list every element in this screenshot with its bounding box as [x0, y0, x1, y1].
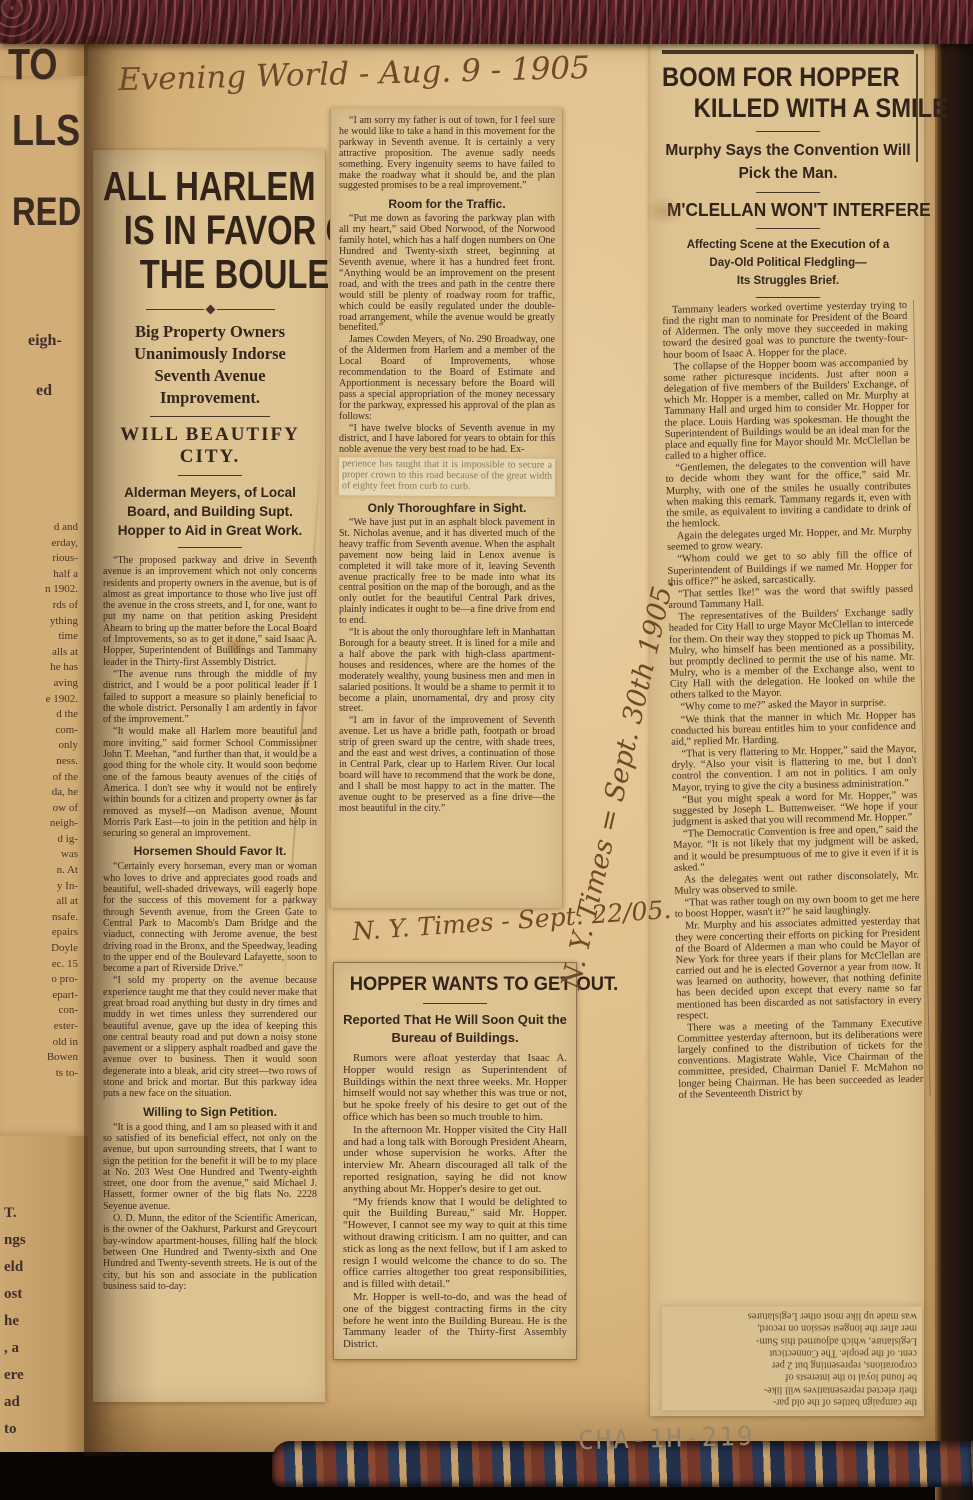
article-paragraph: “Put me down as favoring the parkway pla…: [339, 214, 555, 334]
article-deck-line: Day-Old Political Fledgling—: [662, 254, 914, 272]
divider-rule: [423, 1003, 487, 1004]
fragment-line: ester-: [0, 1019, 78, 1035]
fragment-line: nsafe.: [0, 910, 78, 926]
fragment-line: n. At: [0, 863, 78, 879]
fragment-line: d and: [0, 520, 78, 536]
article-paragraph: Rumors were afloat yesterday that Isaac …: [343, 1053, 567, 1124]
fragment-line: alls at: [0, 645, 78, 661]
article-paragraph: “Whom could we get to so ably fill the o…: [667, 549, 913, 588]
fragment-line: ything: [0, 614, 78, 630]
fragment-line: e 1902.: [0, 692, 78, 708]
fragment-line: was made up like most other Legislatures: [667, 1309, 917, 1321]
article-paragraph: “It would make all Harlem more beautiful…: [103, 726, 317, 839]
article-paragraph: The representatives of the Builders' Exc…: [668, 607, 915, 701]
fragment-line: their elected representatives will like-: [667, 1383, 917, 1395]
fragment-line: ere: [4, 1362, 64, 1389]
article-deck: Murphy Says the Convention Will Pick the…: [662, 139, 914, 185]
faded-clipping-fragment: perience has taught that it is impossibl…: [339, 458, 555, 497]
fragment-line: T.: [4, 1200, 64, 1227]
fragment-line: ost: [4, 1281, 64, 1308]
article-paragraph: “I sold my property on the avenue becaus…: [103, 975, 317, 1099]
article-paragraph: “That is very flattering to Mr. Hopper,”…: [671, 744, 917, 794]
article-headline-line: THE BOULEVARD: [103, 252, 274, 296]
fragment-line: ness.: [0, 754, 78, 770]
article-paragraph: “I have twelve blocks of Seventh avenue …: [339, 424, 555, 457]
fragment-line: to: [4, 1416, 64, 1443]
article-paragraph: The collapse of the Hopper boom was acco…: [663, 357, 910, 463]
article-paragraph: Mr. Murphy and his associates admitted y…: [675, 916, 922, 1022]
fragment-word-2: ed: [36, 382, 52, 400]
fragment-line: corporations, representing but 2 per: [667, 1358, 917, 1370]
fragment-line: o pro-: [0, 972, 78, 988]
article-body: Tammany leaders worked overtime yesterda…: [662, 300, 931, 1101]
fragment-line: Legislature, which adjourned this Sum-: [667, 1334, 917, 1346]
upside-down-clipping-fragment: the campaign battles of the old par-thei…: [662, 1306, 922, 1410]
divider-rule: [756, 297, 820, 298]
article-paragraph: “I am in favor of the improvement of Sev…: [339, 716, 555, 814]
clipping-boom-for-hopper: BOOM FOR HOPPER KILLED WITH A SMILE Murp…: [650, 42, 924, 1416]
pencil-catalog-number: CHA-1H-219: [578, 1422, 755, 1457]
fragment-headline-1: TO: [8, 40, 57, 90]
fragment-line: ad: [4, 1389, 64, 1416]
fragment-line: d ig-: [0, 832, 78, 848]
fragment-line: ts to-: [0, 1066, 78, 1082]
fragment-line: rious-: [0, 551, 78, 567]
article-paragraph: “It is about the only thoroughfare left …: [339, 628, 555, 715]
clipping-harlem-boulevard-col2: “I am sorry my father is out of town, fo…: [330, 108, 563, 908]
article-paragraph: Mr. Hopper is well-to-do, and was the he…: [343, 1292, 567, 1351]
article-subhead: M'CLELLAN WON'T INTERFERE: [667, 200, 909, 221]
fragment-line: mer after the longest session on record,: [667, 1321, 917, 1333]
article-crosshead: Willing to Sign Petition.: [103, 1105, 317, 1119]
clipping-harlem-boulevard-col1: ALL HARLEM IS IN FAVOR OF THE BOULEVARD …: [93, 150, 326, 1402]
article-paragraph: “The avenue runs through the middle of m…: [103, 669, 317, 725]
article-paragraphs: “I am sorry my father is out of town, fo…: [339, 116, 555, 192]
fragment-line: be found loyal to the interests of: [667, 1370, 917, 1382]
fragment-line: neigh-: [0, 816, 78, 832]
article-crosshead: Room for the Traffic.: [339, 197, 555, 211]
fragment-line: da, he: [0, 785, 78, 801]
article-subhead: WILL BEAUTIFY CITY.: [103, 424, 317, 468]
fragment-headline-3: RED: [12, 190, 81, 235]
article-paragraph: “It is a good thing, and I am so pleased…: [103, 1122, 317, 1212]
headline-ornament: [103, 306, 317, 313]
fragment-text-column: d anderday,rious-half an 1902.rds ofythi…: [0, 520, 78, 1081]
article-headline-line: BOOM FOR HOPPER: [662, 62, 884, 93]
fragment-line: all at: [0, 894, 78, 910]
article-paragraph: There was a meeting of the Tammany Execu…: [677, 1018, 924, 1101]
article-paragraph: “We have just put in an asphalt block pa…: [339, 518, 555, 627]
article-paragraphs: “Put me down as favoring the parkway pla…: [339, 214, 555, 456]
article-deck: Big Property Owners Unanimously Indorse …: [107, 321, 313, 409]
article-paragraph: Tammany leaders worked overtime yesterda…: [662, 300, 908, 361]
article-deck: Alderman Meyers, of Local Board, and Bui…: [103, 483, 317, 540]
divider-rule: [756, 192, 820, 193]
article-paragraph: “But you might speak a word for Mr. Hopp…: [672, 789, 918, 828]
book-cover-right-edge: [935, 0, 973, 1500]
fragment-line: time: [0, 629, 78, 645]
fragment-line: half a: [0, 567, 78, 583]
fragment-line: rds of: [0, 598, 78, 614]
article-crosshead: Horsemen Should Favor It.: [103, 844, 317, 858]
divider-rule: [150, 416, 270, 417]
fragment-word-1: eigh-: [28, 332, 62, 350]
article-paragraph: “I am sorry my father is out of town, fo…: [339, 116, 555, 192]
article-paragraphs: Rumors were afloat yesterday that Isaac …: [343, 1053, 567, 1351]
divider-rule: [178, 475, 242, 476]
fragment-text-column-lower: T.ngseldosthe, aereadto: [4, 1200, 64, 1443]
fragment-line: he has: [0, 660, 78, 676]
fragment-line: com-: [0, 723, 78, 739]
article-paragraph: “Gentlemen, the delegates to the convent…: [665, 458, 911, 530]
fragment-line: epart-: [0, 988, 78, 1004]
article-paragraph: O. D. Munn, the editor of the Scientific…: [103, 1213, 317, 1292]
article-headline-line: IS IN FAVOR OF: [103, 208, 274, 252]
fragment-line: d the: [0, 707, 78, 723]
book-top-marbled-edge: [0, 0, 973, 44]
fragment-line: the campaign battles of the old par-: [667, 1395, 917, 1407]
fragment-line: n 1902.: [0, 582, 78, 598]
fragment-line: ow of: [0, 801, 78, 817]
fragment-line: con-: [0, 1003, 78, 1019]
fragment-line: Doyle: [0, 941, 78, 957]
fragment-line: Bowen: [0, 1050, 78, 1066]
divider-rule: [756, 228, 820, 229]
fragment-line: old in: [0, 1035, 78, 1051]
article-paragraph: “The Democratic Convention is free and o…: [673, 824, 919, 874]
article-paragraph: “My friends know that I would be delight…: [343, 1197, 567, 1291]
article-deck-line: Affecting Scene at the Execution of a: [662, 236, 914, 254]
divider-rule: [178, 547, 242, 548]
article-paragraph: In the afternoon Mr. Hopper visited the …: [343, 1125, 567, 1196]
article-paragraph: “We think that the manner in which Mr. H…: [671, 709, 917, 748]
divider-rule: [756, 131, 820, 132]
article-paragraph: James Cowden Meyers, of No. 290 Broadway…: [339, 335, 555, 422]
fragment-line: eld: [4, 1254, 64, 1281]
fragment-line: of the: [0, 770, 78, 786]
article-paragraphs: “The proposed parkway and drive in Seven…: [103, 555, 317, 839]
article-headline-line: KILLED WITH A SMILE: [662, 93, 884, 124]
article-paragraphs: “It is a good thing, and I am so pleased…: [103, 1122, 317, 1292]
scrapbook-photo: { "annotations": { "top_ink": "Evening W…: [0, 0, 973, 1500]
article-paragraphs: “We have just put in an asphalt block pa…: [339, 518, 555, 814]
article-paragraph: perience has taught that it is impossibl…: [342, 460, 552, 494]
fragment-line: aving: [0, 676, 78, 692]
article-crosshead: Only Thoroughfare in Sight.: [339, 501, 555, 515]
article-deck: Reported That He Will Soon Quit the Bure…: [343, 1011, 567, 1047]
article-paragraph: “The proposed parkway and drive in Seven…: [103, 555, 317, 668]
fragment-line: cent. of the people. The Connecticut: [667, 1346, 917, 1358]
fragment-line: , a: [4, 1335, 64, 1362]
fragment-line: ngs: [4, 1227, 64, 1254]
article-headline-line: ALL HARLEM: [103, 164, 274, 208]
fragment-headline-2: LLS: [12, 106, 80, 156]
fragment-line: y In-: [0, 879, 78, 895]
fragment-line: erday,: [0, 536, 78, 552]
fragment-line: ec. 15: [0, 957, 78, 973]
article-headline-box: BOOM FOR HOPPER KILLED WITH A SMILE: [662, 50, 914, 124]
article-deck-line: Its Struggles Brief.: [662, 272, 914, 290]
fragment-line: was: [0, 847, 78, 863]
fragment-line: epairs: [0, 925, 78, 941]
clipping-hopper-wants-out: HOPPER WANTS TO GET OUT. Reported That H…: [333, 962, 577, 1360]
fragment-line: only: [0, 738, 78, 754]
fragment-line: he: [4, 1308, 64, 1335]
article-headline: HOPPER WANTS TO GET OUT.: [350, 973, 561, 996]
